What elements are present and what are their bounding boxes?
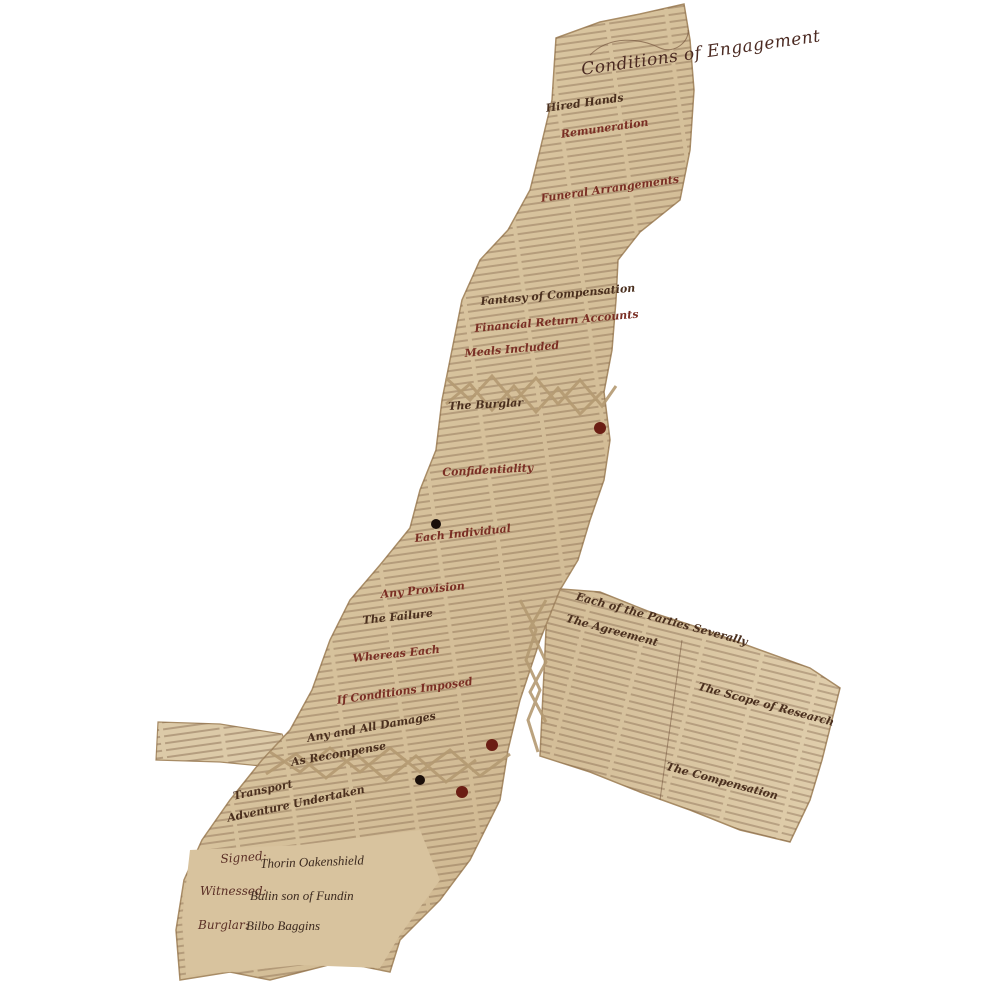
main-scroll-body bbox=[176, 4, 694, 980]
signature-balin: Balin son of Fundin bbox=[250, 888, 354, 904]
punch-hole-2 bbox=[415, 775, 425, 785]
wax-seal-3 bbox=[456, 786, 468, 798]
wax-seal-2 bbox=[486, 739, 498, 751]
punch-hole-1 bbox=[431, 519, 441, 529]
contract-scroll-photo: Conditions of Engagement Hired Hands Rem… bbox=[0, 0, 1000, 1000]
burglar-label: Burglar: bbox=[198, 918, 249, 932]
signature-bilbo: Bilbo Baggins bbox=[246, 918, 320, 934]
wax-seal-1 bbox=[594, 422, 606, 434]
parchment-scroll bbox=[0, 0, 1000, 1000]
